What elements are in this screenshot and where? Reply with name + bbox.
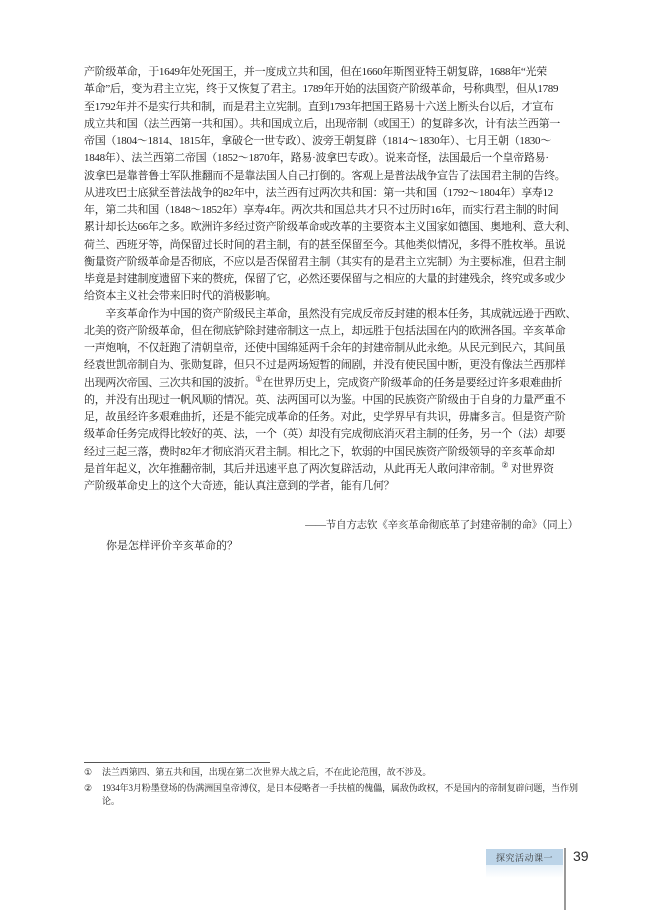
body-line: 足，故虽经许多艰难曲折，还是不能完成革命的任务。对此，史学界早有共识，毋庸多言。… <box>84 409 576 426</box>
body-line: 一声炮响，不仅赶跑了清朝皇帝，还使中国绵延两千余年的封建帝制从此永绝。从民元到民… <box>84 340 576 357</box>
footnotes-block: ①法兰西第四、第五共和国，出现在第二次世界大战之后，不在此论范围，故不涉及。②1… <box>84 766 578 811</box>
body-line: 衡量资产阶级革命是否彻底，不应以是否保留君主制（其实有的是君主立宪制）为主要标准… <box>84 254 576 271</box>
body-line: 是首年起义，次年推翻帝制，其后并迅速平息了两次复辟活动，从此再无人敢问津帝制。②… <box>84 461 576 478</box>
body-line: 的，并没有出现过一帆风顺的情况。英、法两国可以为鉴。中国的民族资产阶级由于自身的… <box>84 392 576 409</box>
body-line: 革命”后，变为君主立宪，终于又恢复了君主。1789年开始的法国资产阶级革命，号称… <box>84 81 576 98</box>
quote-attribution: ——节自方志钦《辛亥革命彻底革了封建帝制的命》（同上） <box>84 518 578 533</box>
body-line: 北美的资产阶级革命，但在彻底铲除封建帝制这一点上，却远胜于包括法国在内的欧洲各国… <box>84 323 576 340</box>
body-line: 给资本主义社会带来旧时代的消极影响。 <box>84 288 576 305</box>
textbook-page: 产阶级革命，于1649年处死国王，并一度成立共和国，但在1660年斯图亚特王朝复… <box>0 0 650 912</box>
section-label: 探究活动课一 <box>496 851 553 864</box>
footnote: ②1934年3月粉墨登场的伪满洲国皇帝溥仪，是日本侵略者一手扶植的傀儡，属敌伪政… <box>84 782 578 809</box>
footnote: ①法兰西第四、第五共和国，出现在第二次世界大战之后，不在此论范围，故不涉及。 <box>84 766 578 780</box>
body-line: 波拿巴是靠普鲁士军队推翻而不是靠法国人自己打倒的。客观上是普法战争宣告了法国君主… <box>84 168 576 185</box>
footer-divider-line <box>564 848 566 910</box>
page-number: 39 <box>573 847 589 865</box>
body-line: 经过三起三落，费时82年才彻底消灭君主制。相比之下，软弱的中国民族资产阶级领导的… <box>84 444 576 461</box>
footnote-divider <box>84 762 270 763</box>
discussion-question: 你是怎样评价辛亥革命的？ <box>84 538 576 554</box>
footnote-ref: ① <box>255 374 262 383</box>
body-line: 1848年）、法兰西第二帝国（1852～1870年，路易·波拿巴专政）。说来奇怪… <box>84 150 576 167</box>
footnote-marker: ② <box>84 782 102 796</box>
footnote-text: 1934年3月粉墨登场的伪满洲国皇帝溥仪，是日本侵略者一手扶植的傀儡，属敌伪政权… <box>102 782 578 809</box>
body-line: 经袁世凯帝制自为、张勋复辟，但只不过是两场短暂的闹剧，并没有使民国中断，更没有像… <box>84 357 576 374</box>
footnote-marker: ① <box>84 766 102 780</box>
footnote-ref: ② <box>501 460 508 469</box>
body-line: 出现两次帝国、三次共和国的波折。①在世界历史上，完成资产阶级革命的任务是要经过许… <box>84 375 576 392</box>
body-line: 产阶级革命，于1649年处死国王，并一度成立共和国，但在1660年斯图亚特王朝复… <box>84 64 576 81</box>
body-line: 毕竟是封建制度遗留下来的赘疣，保留了它，必然还要保留与之相应的大量的封建残余，终… <box>84 271 576 288</box>
body-line: 帝国（1804～1814、1815年，拿破仑一世专政）、波旁王朝复辟（1814～… <box>84 133 576 150</box>
body-line: 至1792年并不是实行共和制，而是君主立宪制。直到1793年把国王路易十六送上断… <box>84 99 576 116</box>
body-line: 产阶级革命史上的这个大奇迹，能认真注意到的学者，能有几何？ <box>84 478 576 495</box>
footnote-text: 法兰西第四、第五共和国，出现在第二次世界大战之后，不在此论范围，故不涉及。 <box>102 766 578 780</box>
section-label-box: 探究活动课一 <box>486 849 563 865</box>
body-line: 从进攻巴士底狱至普法战争的82年中，法兰西有过两次共和国：第一共和国（1792～… <box>84 185 576 202</box>
body-line: 累计却长达66年之多。欧洲许多经过资产阶级革命或改革的主要资本主义国家如德国、奥… <box>84 219 576 236</box>
body-line: 荷兰、西班牙等，尚保留过长时间的君主制，有的甚至保留至今。其他类似情况，多得不胜… <box>84 237 576 254</box>
body-line: 辛亥革命作为中国的资产阶级民主革命，虽然没有完成反帝反封建的根本任务，其成就远逊… <box>84 306 576 323</box>
section-box-fade <box>486 865 563 878</box>
body-line: 年，第二共和国（1848～1852年）享寿4年。两次共和国总共才只不过历时16年… <box>84 202 576 219</box>
body-line: 级革命任务完成得比较好的英、法，一个（英）却没有完成彻底消灭君主制的任务，另一个… <box>84 426 576 443</box>
body-line: 成立共和国（法兰西第一共和国）。共和国成立后，出现帝制（或国王）的复辟多次，计有… <box>84 116 576 133</box>
body-text-block: 产阶级革命，于1649年处死国王，并一度成立共和国，但在1660年斯图亚特王朝复… <box>84 64 576 495</box>
